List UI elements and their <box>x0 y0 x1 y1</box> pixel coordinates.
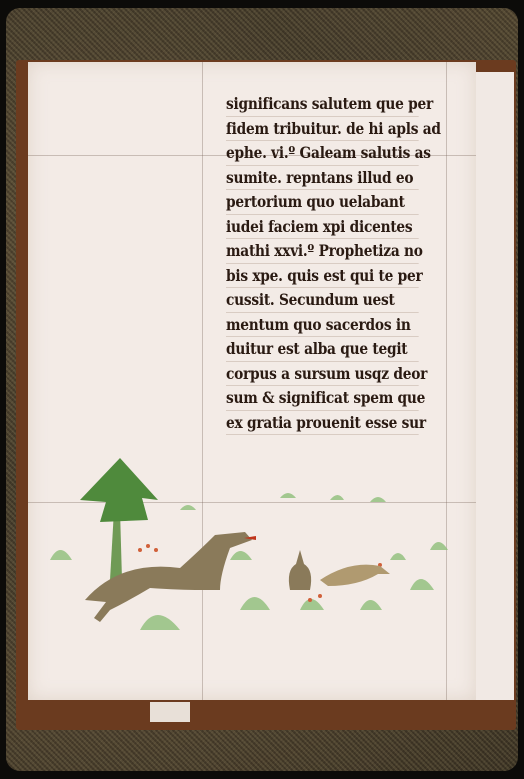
hare-icon <box>289 550 311 590</box>
text-line: duitur est alba que tegit <box>226 337 419 362</box>
text-line: mentum quo sacerdos in <box>226 313 419 338</box>
text-line: mathi xxvi.º Prophetiza no <box>226 239 419 264</box>
text-line: pertorium quo uelabant <box>226 190 419 215</box>
text-line: corpus a sursum usqz deor <box>226 362 419 387</box>
facing-page-edge <box>470 72 514 700</box>
text-line: significans salutem que per <box>226 92 419 117</box>
text-line: fidem tribuitur. de hi apls ad <box>226 117 419 142</box>
marginal-illustration <box>30 440 470 640</box>
text-line: ex gratia prouenit esse sur <box>226 411 419 436</box>
text-line: iudei faciem xpi dicentes <box>226 215 419 240</box>
text-line: ephe. vi.º Galeam salutis as <box>226 141 419 166</box>
text-line: sum & significat spem que <box>226 386 419 411</box>
text-column: significans salutem que per fidem tribui… <box>226 92 450 435</box>
text-line: bis xpe. quis est qui te per <box>226 264 419 289</box>
text-line: cussit. Secundum uest <box>226 288 419 313</box>
text-line: sumite. repntans illud eo <box>226 166 419 191</box>
page-tear <box>150 702 190 722</box>
tree-icon <box>80 458 158 580</box>
hare-icon <box>320 565 390 586</box>
